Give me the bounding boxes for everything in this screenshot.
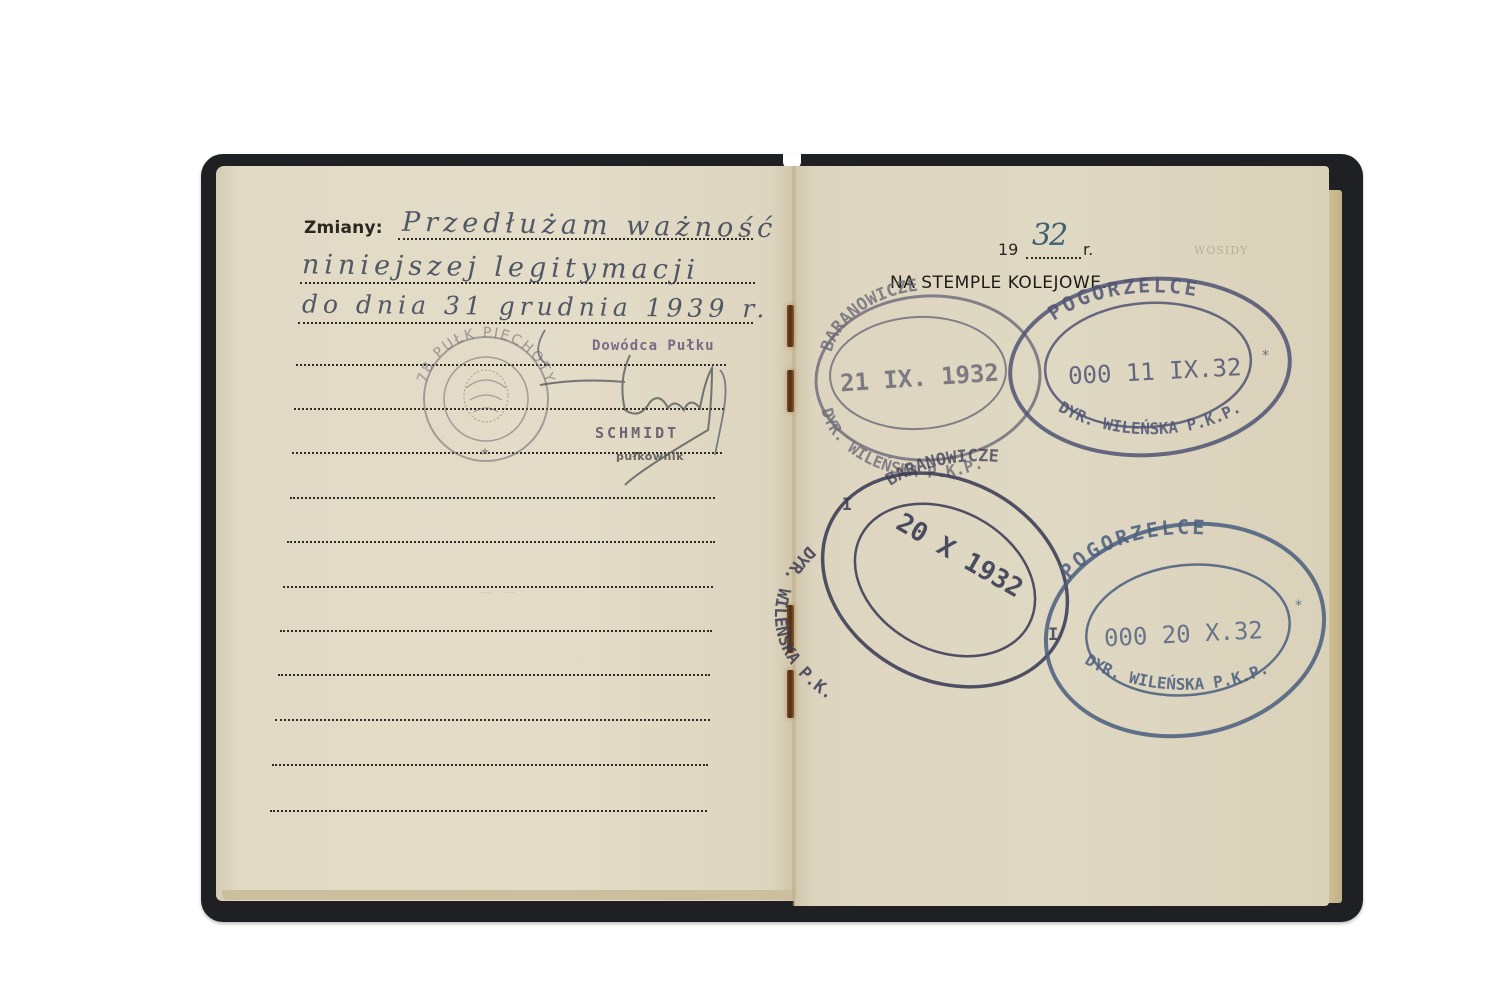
officer-title-stamp: Dowódca Pułku — [592, 338, 715, 354]
field-label-zmiany: Zmiany: — [304, 218, 383, 238]
dotted-line — [287, 541, 715, 543]
faint-bleedthrough-text: WOSIDY — [1194, 244, 1248, 257]
heading-railway-stamps: NA STEMPLE KOLEJOWE. — [890, 273, 1107, 293]
staple-rust — [787, 670, 794, 718]
staple-rust — [787, 305, 794, 347]
spine-fold — [792, 166, 796, 906]
staple-rust — [787, 370, 794, 412]
dotted-line — [290, 497, 715, 499]
dotted-line — [283, 586, 713, 588]
year-suffix: r. — [1083, 240, 1093, 259]
year-prefix: 19 — [998, 240, 1018, 259]
handwritten-line-3: do dnia 31 grudnia 1939 r. — [302, 290, 770, 324]
page-stack-edge — [1328, 190, 1342, 903]
year-dotted-line — [1026, 257, 1081, 259]
bleedthrough-mark: · · · — [560, 655, 579, 669]
dotted-line — [272, 764, 708, 766]
dotted-line — [296, 364, 726, 366]
left-page-edge — [222, 890, 794, 900]
officer-name-stamp: SCHMIDT — [595, 424, 679, 442]
handwritten-line-2: niniejszej legitymacji — [302, 249, 700, 286]
photo-scene: — · — · · · · Zmiany: Przedłużam ważność… — [0, 0, 1500, 1000]
dotted-line — [275, 719, 710, 721]
dotted-line — [294, 408, 724, 410]
dotted-line — [270, 810, 707, 812]
staple-rust — [787, 605, 794, 653]
officer-rank-stamp: pułkownik — [616, 450, 684, 463]
handwritten-line-1: Przedłużam ważność — [402, 207, 778, 245]
dotted-line — [280, 630, 712, 632]
dotted-line — [278, 674, 710, 676]
year-handwritten: 32 — [1032, 218, 1066, 253]
